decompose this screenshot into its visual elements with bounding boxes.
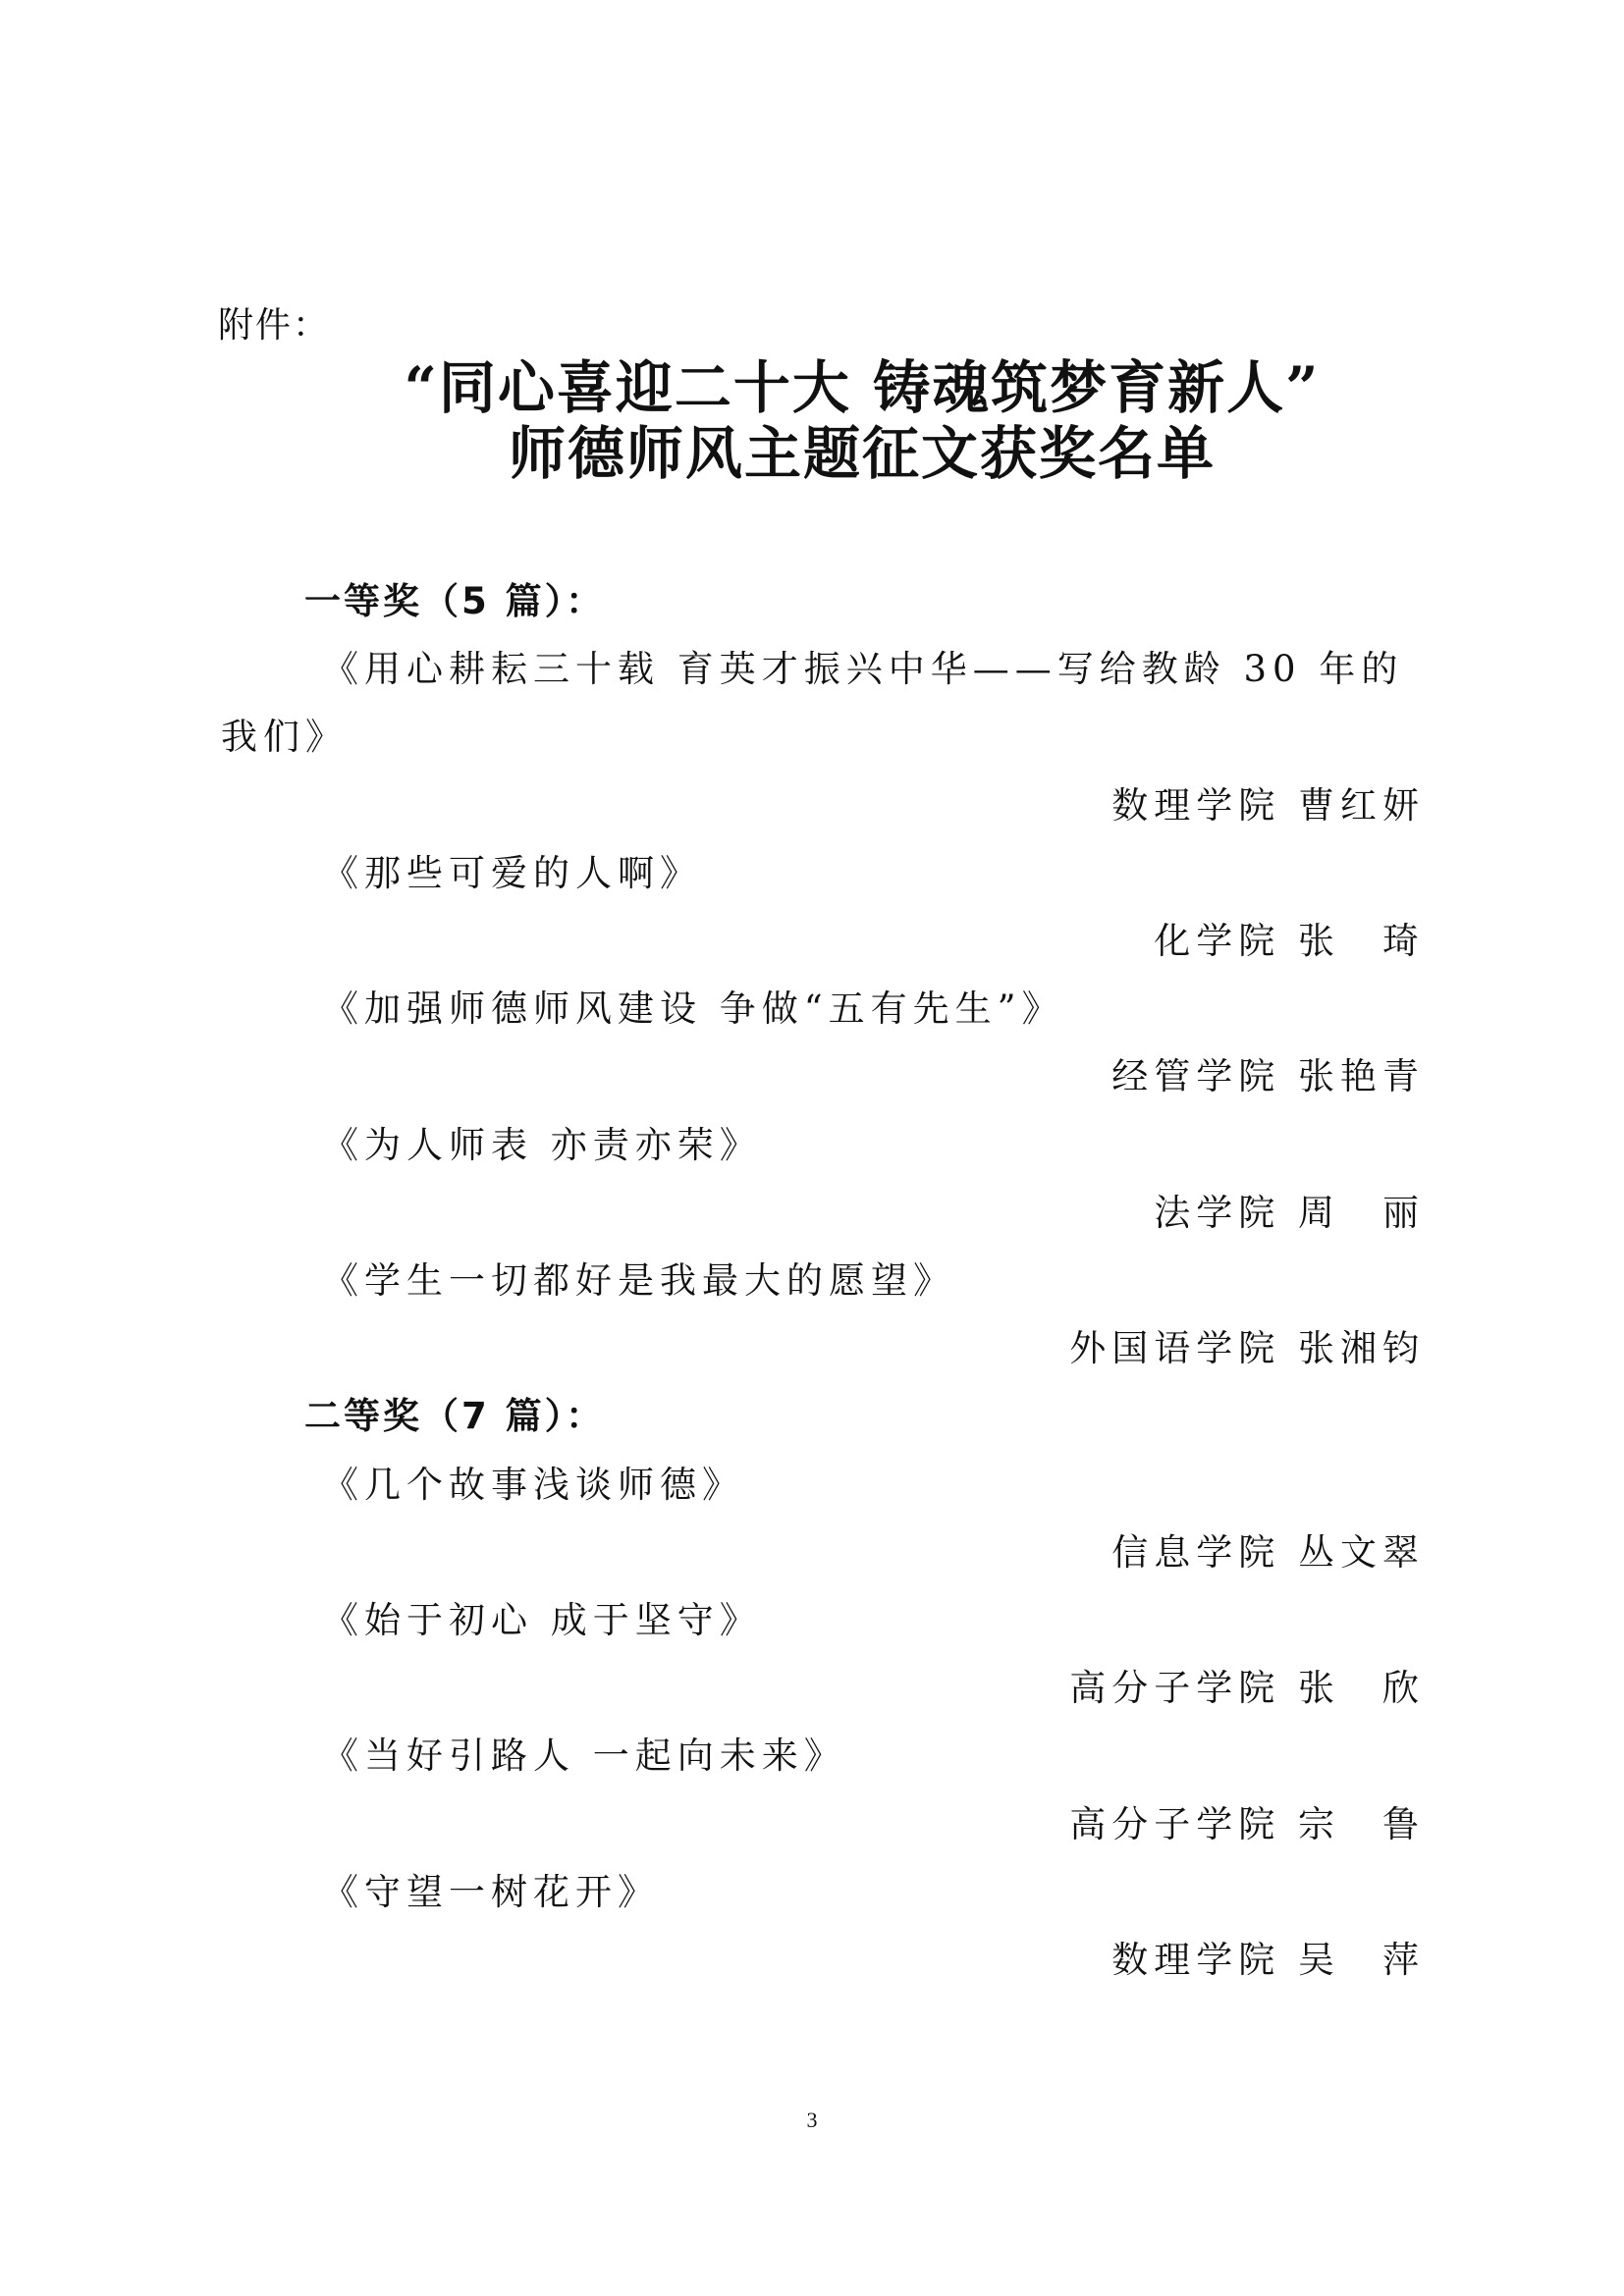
essay-author: 外国语学院 张湘钧 xyxy=(1069,1314,1425,1383)
essay-title: 《几个故事浅谈师德》 xyxy=(322,1451,744,1520)
first-prize-heading: 一等奖（5 篇）： xyxy=(304,567,605,636)
essay-title: 《当好引路人 一起向未来》 xyxy=(322,1722,846,1790)
essay-title: 《加强师德师风建设 争做“五有先生”》 xyxy=(322,975,1064,1043)
essay-title: 《始于初心 成于坚守》 xyxy=(322,1586,762,1655)
essay-title-continued: 我们》 xyxy=(221,703,348,772)
second-prize-heading: 二等奖（7 篇）： xyxy=(304,1382,605,1451)
document-title-line-1: “同心喜迎二十大 铸魂筑梦育新人” xyxy=(0,351,1624,424)
essay-author: 高分子学院 张 欣 xyxy=(1069,1654,1425,1723)
essay-author: 信息学院 丛文翠 xyxy=(1111,1519,1425,1587)
essay-title: 《守望一树花开》 xyxy=(322,1858,660,1927)
essay-author: 法学院 周 丽 xyxy=(1154,1179,1425,1248)
essay-title: 《那些可爱的人啊》 xyxy=(322,839,702,908)
essay-author: 数理学院 曹红妍 xyxy=(1111,772,1425,840)
essay-author: 数理学院 吴 萍 xyxy=(1111,1926,1425,1995)
attachment-label: 附件： xyxy=(218,292,330,360)
essay-title: 《学生一切都好是我最大的愿望》 xyxy=(322,1247,955,1315)
essay-title: 《用心耕耘三十载 育英才振兴中华——写给教龄 30 年的 xyxy=(322,635,1403,704)
page-number: 3 xyxy=(0,2101,1624,2140)
essay-author: 化学院 张 琦 xyxy=(1154,907,1425,976)
essay-title: 《为人师表 亦责亦荣》 xyxy=(322,1111,762,1180)
document-title-line-2: 师德师风主题征文获奖名单 xyxy=(0,417,1624,490)
essay-author: 高分子学院 宗 鲁 xyxy=(1069,1790,1425,1859)
essay-author: 经管学院 张艳青 xyxy=(1111,1042,1425,1111)
document-page: 附件： “同心喜迎二十大 铸魂筑梦育新人” 师德师风主题征文获奖名单 一等奖（5… xyxy=(0,0,1624,2296)
